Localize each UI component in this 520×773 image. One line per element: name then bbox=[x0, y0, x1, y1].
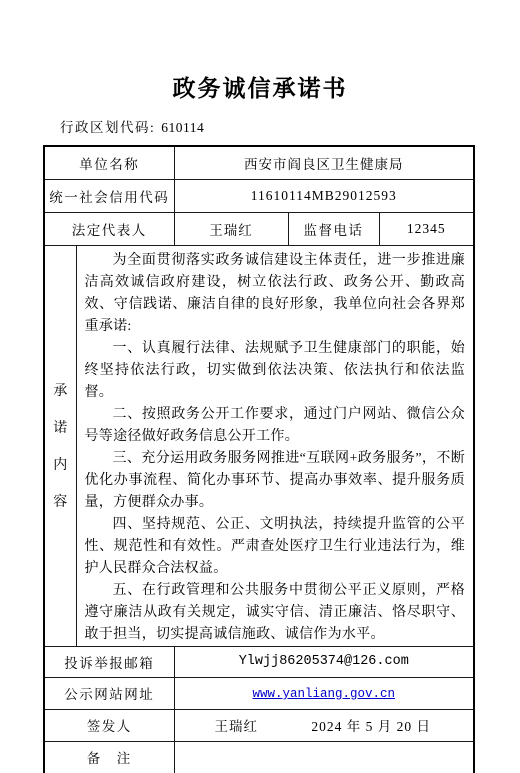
row-legal-rep: 法定代表人 王瑞红 监督电话 12345 bbox=[44, 212, 474, 245]
legal-rep-value: 王瑞红 bbox=[174, 212, 288, 245]
remark-label: 备 注 bbox=[44, 741, 174, 773]
signer-name: 王瑞红 bbox=[215, 715, 259, 735]
signer-label: 签发人 bbox=[44, 709, 174, 741]
supervision-phone-value: 12345 bbox=[379, 212, 474, 245]
admin-code-label: 行政区划代码: bbox=[60, 120, 155, 135]
legal-rep-label: 法定代表人 bbox=[44, 212, 174, 245]
commitment-label-char: 容 bbox=[53, 491, 67, 511]
row-remark: 备 注 bbox=[44, 741, 474, 773]
public-website-label: 公示网站网址 bbox=[44, 677, 174, 709]
public-website-cell: www.yanliang.gov.cn bbox=[174, 677, 474, 709]
document-page: 政务诚信承诺书 行政区划代码:610114 单位名称 西安市阎良区卫生健康局 统… bbox=[0, 0, 520, 773]
signer-date: 2024 年 5 月 20 日 bbox=[311, 715, 431, 735]
page-title: 政务诚信承诺书 bbox=[0, 70, 520, 103]
commitment-paragraph: 一、认真履行法律、法规赋予卫生健康部门的职能，始终坚持依法行政，切实做到依法决策… bbox=[85, 338, 466, 404]
row-complaint-email: 投诉举报邮箱 Ylwjj86205374@126.com bbox=[44, 646, 474, 677]
supervision-phone-label: 监督电话 bbox=[288, 212, 379, 245]
commitment-label-char: 诺 bbox=[53, 417, 67, 437]
row-public-website: 公示网站网址 www.yanliang.gov.cn bbox=[44, 677, 474, 709]
commitment-paragraph: 五、在行政管理和公共服务中贯彻公平正义原则，严格遵守廉洁从政有关规定，诚实守信、… bbox=[85, 580, 466, 646]
commitment-paragraph: 为全面贯彻落实政务诚信建设主体责任，进一步推进廉洁高效诚信政府建设，树立依法行政… bbox=[85, 250, 466, 338]
remark-value bbox=[174, 741, 474, 773]
row-commitment: 承 诺 内 容 为全面贯彻落实政务诚信建设主体责任，进一步推进廉洁高效诚信政府建… bbox=[44, 245, 474, 646]
commitment-paragraph: 四、坚持规范、公正、文明执法，持续提升监管的公平性、规范性和有效性。严肃查处医疗… bbox=[85, 514, 466, 580]
credit-code-value: 11610114MB29012593 bbox=[174, 179, 474, 212]
commitment-label-char: 内 bbox=[53, 454, 67, 474]
commitment-label: 承 诺 内 容 bbox=[44, 245, 76, 646]
admin-code-line: 行政区划代码:610114 bbox=[60, 116, 520, 136]
commitment-label-char: 承 bbox=[53, 380, 67, 400]
row-credit-code: 统一社会信用代码 11610114MB29012593 bbox=[44, 179, 474, 212]
commitment-content: 为全面贯彻落实政务诚信建设主体责任，进一步推进廉洁高效诚信政府建设，树立依法行政… bbox=[76, 245, 474, 646]
complaint-email-label: 投诉举报邮箱 bbox=[44, 646, 174, 677]
signer-value-cell: 王瑞红 2024 年 5 月 20 日 bbox=[174, 709, 474, 741]
row-unit-name: 单位名称 西安市阎良区卫生健康局 bbox=[44, 146, 474, 179]
commitment-paragraph: 三、充分运用政务服务网推进“互联网+政务服务”，不断优化办事流程、简化办事环节、… bbox=[85, 448, 466, 514]
commitment-paragraph: 二、按照政务公开工作要求，通过门户网站、微信公众号等途径做好政务信息公开工作。 bbox=[85, 404, 466, 448]
unit-name-value: 西安市阎良区卫生健康局 bbox=[174, 146, 474, 179]
row-signer: 签发人 王瑞红 2024 年 5 月 20 日 bbox=[44, 709, 474, 741]
credit-code-label: 统一社会信用代码 bbox=[44, 179, 174, 212]
commitment-table: 单位名称 西安市阎良区卫生健康局 统一社会信用代码 11610114MB2901… bbox=[43, 145, 475, 773]
admin-code-value: 610114 bbox=[161, 120, 204, 135]
complaint-email-value: Ylwjj86205374@126.com bbox=[174, 646, 474, 677]
public-website-link[interactable]: www.yanliang.gov.cn bbox=[253, 687, 396, 701]
unit-name-label: 单位名称 bbox=[44, 146, 174, 179]
